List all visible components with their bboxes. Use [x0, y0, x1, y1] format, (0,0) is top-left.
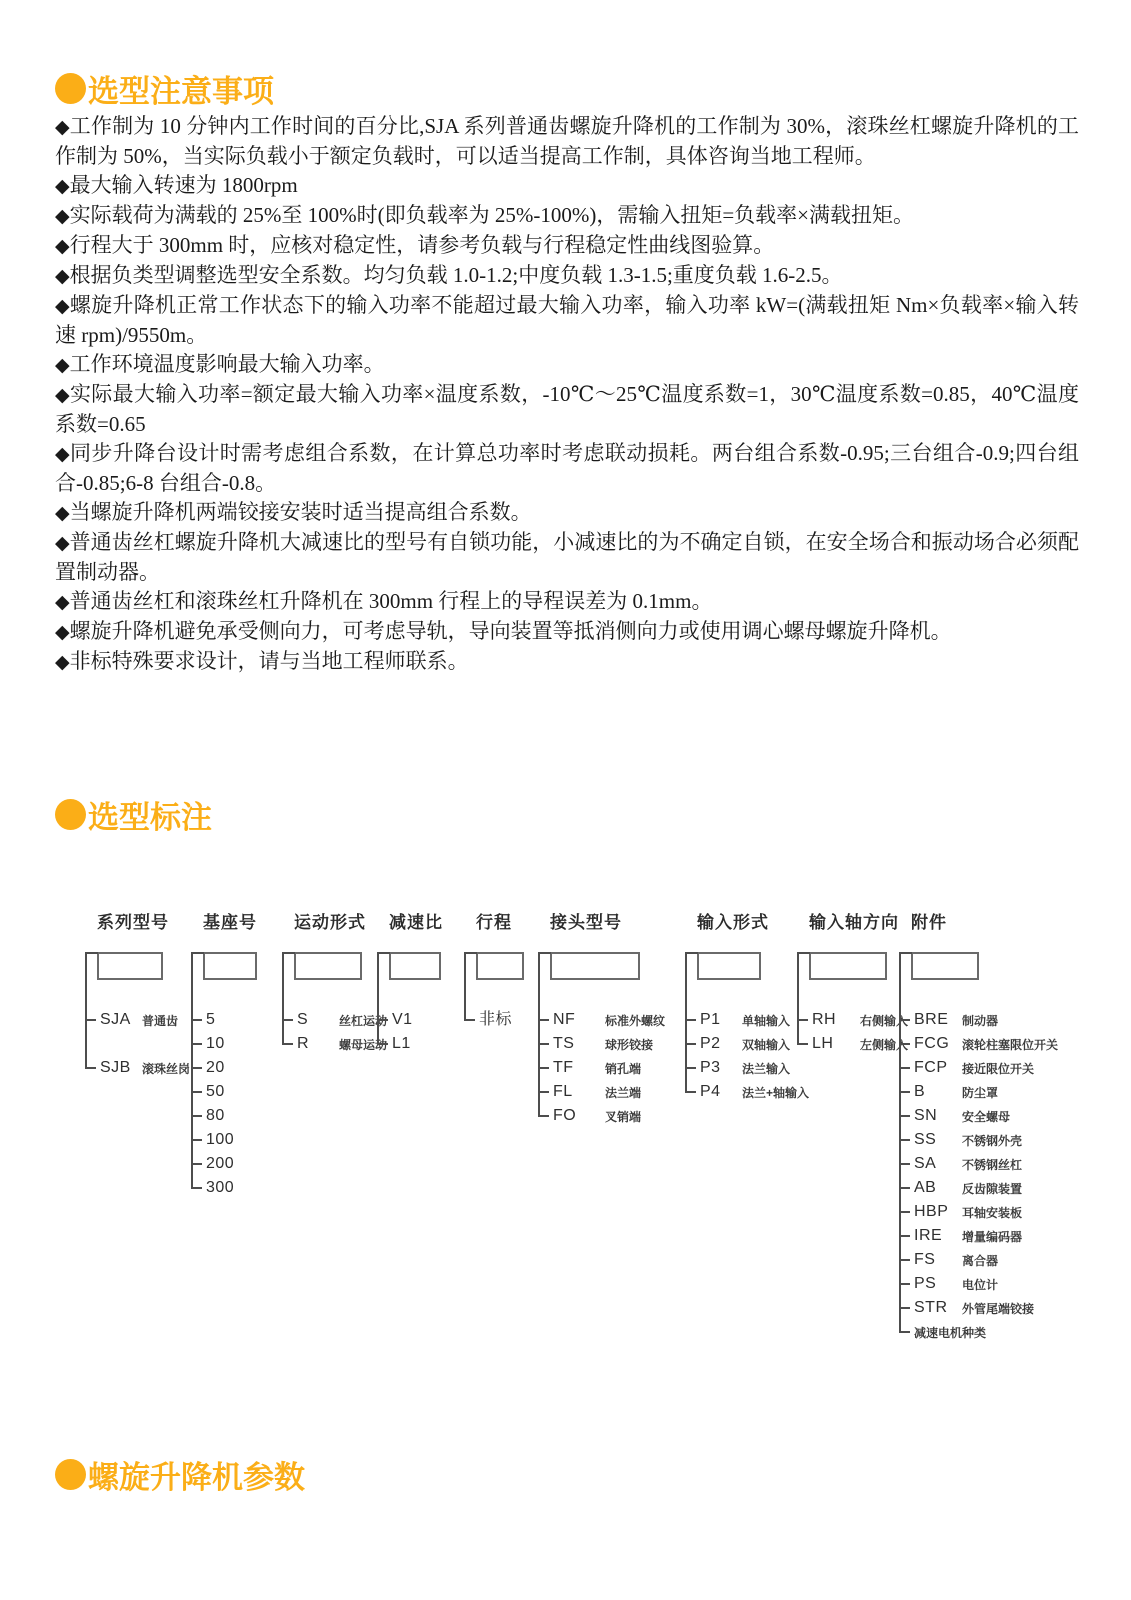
column-item: L1 — [377, 1032, 443, 1056]
item-code: PS — [914, 1272, 962, 1296]
item-code: 100 — [206, 1128, 248, 1152]
column-header: 减速比 — [389, 912, 443, 934]
column-item: 非标 — [464, 1008, 524, 1032]
column-item: 5 — [191, 1008, 257, 1032]
column-item: 100 — [191, 1128, 257, 1152]
item-label: 制动器 — [962, 1008, 998, 1033]
item-code: HBP — [914, 1200, 962, 1224]
column-item-list: NF标准外螺纹TS球形铰接TF销孔端FL法兰端FO叉销端 — [538, 1008, 665, 1128]
column-header: 运动形式 — [294, 912, 387, 934]
diamond-bullet-icon: ◆ — [55, 652, 70, 673]
item-label: 安全螺母 — [962, 1104, 1010, 1129]
item-code: P1 — [700, 1008, 742, 1032]
item-label: 双轴输入 — [742, 1032, 790, 1057]
note-text: 行程大于 300mm 时，应核对稳定性，请参考负载与行程稳定性曲线图验算。 — [70, 233, 775, 257]
designation-code-box — [203, 952, 257, 980]
section-bullet-icon — [55, 73, 86, 104]
note-text: 工作制为 10 分钟内工作时间的百分比,SJA 系列普通齿螺旋升降机的工作制为 … — [55, 114, 1079, 168]
item-code: 80 — [206, 1104, 248, 1128]
diamond-bullet-icon: ◆ — [55, 206, 70, 227]
section-title-text: 选型注意事项 — [88, 66, 274, 111]
item-label: 不锈钢外壳 — [962, 1128, 1022, 1153]
item-code: 200 — [206, 1152, 248, 1176]
item-code: FS — [914, 1248, 962, 1272]
item-label: 叉销端 — [605, 1104, 641, 1129]
item-code: 20 — [206, 1056, 248, 1080]
column-item-list: 非标 — [464, 1008, 524, 1032]
note-text: 非标特殊要求设计，请与当地工程师联系。 — [70, 649, 469, 673]
column-header: 基座号 — [203, 912, 257, 934]
column-item: TS球形铰接 — [538, 1032, 665, 1056]
designation-column: 接头型号NF标准外螺纹TS球形铰接TF销孔端FL法兰端FO叉销端 — [538, 912, 665, 1128]
section-title-params: 螺旋升降机参数 — [55, 1452, 305, 1497]
note-item: ◆螺旋升降机避免承受侧向力，可考虑导轨，导向装置等抵消侧向力或使用调心螺母螺旋升… — [55, 617, 1079, 647]
item-code: AB — [914, 1176, 962, 1200]
item-code: P2 — [700, 1032, 742, 1056]
designation-code-box — [97, 952, 163, 980]
column-item-list: 510205080100200300 — [191, 1008, 257, 1200]
item-label: 普通齿 — [142, 1008, 178, 1033]
designation-code-box — [294, 952, 362, 980]
column-item: SS不锈钢外壳 — [899, 1128, 1058, 1152]
section-title-text: 选型标注 — [88, 792, 212, 837]
column-item-list: S丝杠运动R螺母运动 — [282, 1008, 387, 1056]
note-item: ◆普通齿丝杠和滚珠丝杠升降机在 300mm 行程上的导程误差为 0.1mm。 — [55, 587, 1079, 617]
column-item: IRE增量编码器 — [899, 1224, 1058, 1248]
note-text: 实际载荷为满载的 25%至 100%时(即负载率为 25%-100%)，需输入扭… — [70, 203, 914, 227]
column-item: SJA普通齿 — [85, 1008, 190, 1056]
item-label: 法兰+轴输入 — [742, 1080, 809, 1105]
diamond-bullet-icon: ◆ — [55, 296, 70, 317]
item-code: IRE — [914, 1224, 962, 1248]
diamond-bullet-icon: ◆ — [55, 236, 70, 257]
note-item: ◆工作制为 10 分钟内工作时间的百分比,SJA 系列普通齿螺旋升降机的工作制为… — [55, 112, 1079, 171]
item-label: 销孔端 — [605, 1056, 641, 1081]
column-item: 10 — [191, 1032, 257, 1056]
item-code: B — [914, 1080, 962, 1104]
column-item: FO叉销端 — [538, 1104, 665, 1128]
item-code: 50 — [206, 1080, 248, 1104]
column-item: BRE制动器 — [899, 1008, 1058, 1032]
item-code: P3 — [700, 1056, 742, 1080]
designation-column: 减速比V1L1 — [377, 912, 443, 1056]
column-item: HBP耳轴安装板 — [899, 1200, 1058, 1224]
designation-code-box — [550, 952, 640, 980]
item-label: 法兰端 — [605, 1080, 641, 1105]
item-label: 防尘罩 — [962, 1080, 998, 1105]
column-item-list: V1L1 — [377, 1008, 443, 1056]
column-header: 系列型号 — [97, 912, 190, 934]
note-item: ◆工作环境温度影响最大输入功率。 — [55, 350, 1079, 380]
item-label: 增量编码器 — [962, 1224, 1022, 1249]
column-item-list: P1单轴输入P2双轴输入P3法兰输入P4法兰+轴输入 — [685, 1008, 809, 1104]
note-text: 普通齿丝杠螺旋升降机大减速比的型号有自锁功能，小减速比的为不确定自锁，在安全场合… — [55, 530, 1079, 584]
column-header: 附件 — [911, 912, 1058, 934]
column-item: P4法兰+轴输入 — [685, 1080, 809, 1104]
diamond-bullet-icon: ◆ — [55, 266, 70, 287]
column-item-list: SJA普通齿SJB滚珠丝岗 — [85, 1008, 190, 1104]
diamond-bullet-icon: ◆ — [55, 355, 70, 376]
designation-column: 运动形式S丝杠运动R螺母运动 — [282, 912, 387, 1056]
diamond-bullet-icon: ◆ — [55, 444, 70, 465]
column-item: TF销孔端 — [538, 1056, 665, 1080]
diamond-bullet-icon: ◆ — [55, 117, 70, 138]
note-item: ◆普通齿丝杠螺旋升降机大减速比的型号有自锁功能，小减速比的为不确定自锁，在安全场… — [55, 528, 1079, 587]
column-header: 接头型号 — [550, 912, 665, 934]
note-text: 同步升降台设计时需考虑组合系数，在计算总功率时考虑联动损耗。两台组合系数-0.9… — [55, 441, 1079, 495]
notes-list: ◆工作制为 10 分钟内工作时间的百分比,SJA 系列普通齿螺旋升降机的工作制为… — [55, 112, 1079, 677]
note-item: ◆行程大于 300mm 时，应核对稳定性，请参考负载与行程稳定性曲线图验算。 — [55, 231, 1079, 261]
item-code: 10 — [206, 1032, 248, 1056]
designation-code-box — [389, 952, 441, 980]
item-code: NF — [553, 1008, 605, 1032]
designation-column: 系列型号SJA普通齿SJB滚珠丝岗 — [85, 912, 190, 1104]
column-item: R螺母运动 — [282, 1032, 387, 1056]
designation-column: 输入轴方向RH右侧输入LH左侧输入 — [797, 912, 908, 1056]
note-item: ◆非标特殊要求设计，请与当地工程师联系。 — [55, 647, 1079, 677]
designation-column: 附件BRE制动器FCG滚轮柱塞限位开关FCP接近限位开关B防尘罩SN安全螺母SS… — [899, 912, 1058, 1344]
column-item: STR外管尾端铰接 — [899, 1296, 1058, 1320]
item-code: BRE — [914, 1008, 962, 1032]
column-item: 20 — [191, 1056, 257, 1080]
column-item-list: BRE制动器FCG滚轮柱塞限位开关FCP接近限位开关B防尘罩SN安全螺母SS不锈… — [899, 1008, 1058, 1344]
item-code: V1 — [392, 1008, 434, 1032]
item-label: 电位计 — [962, 1272, 998, 1297]
column-item: P2双轴输入 — [685, 1032, 809, 1056]
item-code: SJB — [100, 1056, 142, 1080]
item-label: 左侧输入 — [860, 1032, 908, 1057]
column-item: FL法兰端 — [538, 1080, 665, 1104]
column-item: SN安全螺母 — [899, 1104, 1058, 1128]
item-code: LH — [812, 1032, 860, 1056]
column-item: AB反齿隙装置 — [899, 1176, 1058, 1200]
note-item: ◆螺旋升降机正常工作状态下的输入功率不能超过最大输入功率，输入功率 kW=(满载… — [55, 291, 1079, 350]
column-header: 输入轴方向 — [809, 912, 908, 934]
item-label: 单轴输入 — [742, 1008, 790, 1033]
column-item: FCP接近限位开关 — [899, 1056, 1058, 1080]
item-code: FL — [553, 1080, 605, 1104]
column-item: 80 — [191, 1104, 257, 1128]
designation-column: 基座号510205080100200300 — [191, 912, 257, 1200]
item-code: RH — [812, 1008, 860, 1032]
item-code: TS — [553, 1032, 605, 1056]
item-label: 耳轴安装板 — [962, 1200, 1022, 1225]
item-code: L1 — [392, 1032, 434, 1056]
column-item: S丝杠运动 — [282, 1008, 387, 1032]
section-title-notes: 选型注意事项 — [55, 66, 274, 111]
item-code: SN — [914, 1104, 962, 1128]
column-item: LH左侧输入 — [797, 1032, 908, 1056]
designation-column: 输入形式P1单轴输入P2双轴输入P3法兰输入P4法兰+轴输入 — [685, 912, 809, 1104]
item-label: 接近限位开关 — [962, 1056, 1034, 1081]
note-text: 实际最大输入功率=额定最大输入功率×温度系数，-10℃～25℃温度系数=1，30… — [55, 382, 1079, 436]
column-item: PS电位计 — [899, 1272, 1058, 1296]
designation-code-box — [911, 952, 979, 980]
column-item: 300 — [191, 1176, 257, 1200]
item-code: S — [297, 1008, 339, 1032]
item-code: FCP — [914, 1056, 962, 1080]
note-item: ◆当螺旋升降机两端铰接安装时适当提高组合系数。 — [55, 498, 1079, 528]
item-code: R — [297, 1032, 339, 1056]
section-title-text: 螺旋升降机参数 — [88, 1452, 305, 1497]
item-code: SJA — [100, 1008, 142, 1032]
note-text: 最大输入转速为 1800rpm — [70, 173, 298, 197]
item-code: STR — [914, 1296, 962, 1320]
section-title-designation: 选型标注 — [55, 792, 212, 837]
column-item: SJB滚珠丝岗 — [85, 1056, 190, 1104]
item-label: 反齿隙装置 — [962, 1176, 1022, 1201]
diamond-bullet-icon: ◆ — [55, 503, 70, 524]
column-item: 50 — [191, 1080, 257, 1104]
column-header: 输入形式 — [697, 912, 809, 934]
note-text: 普通齿丝杠和滚珠丝杠升降机在 300mm 行程上的导程误差为 0.1mm。 — [70, 589, 713, 613]
item-code: 非标 — [479, 1008, 521, 1032]
column-item: RH右侧输入 — [797, 1008, 908, 1032]
column-item: V1 — [377, 1008, 443, 1032]
item-code: TF — [553, 1056, 605, 1080]
item-label: 离合器 — [962, 1248, 998, 1273]
item-label: 外管尾端铰接 — [962, 1296, 1034, 1321]
note-item: ◆实际载荷为满载的 25%至 100%时(即负载率为 25%-100%)，需输入… — [55, 201, 1079, 231]
diamond-bullet-icon: ◆ — [55, 176, 70, 197]
diamond-bullet-icon: ◆ — [55, 592, 70, 613]
item-label: 螺母运动 — [339, 1032, 387, 1057]
item-code: P4 — [700, 1080, 742, 1104]
note-item: ◆根据负类型调整选型安全系数。均匀负载 1.0-1.2;中度负载 1.3-1.5… — [55, 261, 1079, 291]
item-label: 标准外螺纹 — [605, 1008, 665, 1033]
item-label: 法兰输入 — [742, 1056, 790, 1081]
column-item: P1单轴输入 — [685, 1008, 809, 1032]
item-label: 右侧输入 — [860, 1008, 908, 1033]
column-item: FS离合器 — [899, 1248, 1058, 1272]
item-code: SS — [914, 1128, 962, 1152]
designation-code-box — [697, 952, 761, 980]
diamond-bullet-icon: ◆ — [55, 622, 70, 643]
item-label: 不锈钢丝杠 — [962, 1152, 1022, 1177]
column-item: 减速电机种类 — [899, 1320, 1058, 1344]
note-text: 螺旋升降机避免承受侧向力，可考虑导轨，导向装置等抵消侧向力或使用调心螺母螺旋升降… — [70, 619, 952, 643]
designation-column: 行程非标 — [464, 912, 524, 1032]
item-code: FO — [553, 1104, 605, 1128]
designation-code-box — [809, 952, 887, 980]
section-bullet-icon — [55, 1459, 86, 1490]
item-code: FCG — [914, 1032, 962, 1056]
section-bullet-icon — [55, 799, 86, 830]
column-item: SA不锈钢丝杠 — [899, 1152, 1058, 1176]
item-code: 300 — [206, 1176, 248, 1200]
note-item: ◆实际最大输入功率=额定最大输入功率×温度系数，-10℃～25℃温度系数=1，3… — [55, 380, 1079, 439]
note-item: ◆同步升降台设计时需考虑组合系数，在计算总功率时考虑联动损耗。两台组合系数-0.… — [55, 439, 1079, 498]
column-item: 200 — [191, 1152, 257, 1176]
item-label: 丝杠运动 — [339, 1008, 387, 1033]
note-text: 根据负类型调整选型安全系数。均匀负载 1.0-1.2;中度负载 1.3-1.5;… — [70, 263, 843, 287]
item-label: 球形铰接 — [605, 1032, 653, 1057]
column-item: FCG滚轮柱塞限位开关 — [899, 1032, 1058, 1056]
diamond-bullet-icon: ◆ — [55, 533, 70, 554]
diamond-bullet-icon: ◆ — [55, 385, 70, 406]
designation-code-box — [476, 952, 524, 980]
note-text: 当螺旋升降机两端铰接安装时适当提高组合系数。 — [70, 500, 532, 524]
item-code: 5 — [206, 1008, 248, 1032]
column-item: B防尘罩 — [899, 1080, 1058, 1104]
column-item: P3法兰输入 — [685, 1056, 809, 1080]
column-item-list: RH右侧输入LH左侧输入 — [797, 1008, 908, 1056]
note-text: 螺旋升降机正常工作状态下的输入功率不能超过最大输入功率，输入功率 kW=(满载扭… — [55, 293, 1079, 347]
note-text: 工作环境温度影响最大输入功率。 — [70, 352, 385, 376]
item-label: 滚轮柱塞限位开关 — [962, 1032, 1058, 1057]
item-code: SA — [914, 1152, 962, 1176]
item-label: 滚珠丝岗 — [142, 1056, 190, 1081]
column-header: 行程 — [476, 912, 524, 934]
item-label: 减速电机种类 — [914, 1320, 986, 1345]
note-item: ◆最大输入转速为 1800rpm — [55, 171, 1079, 201]
column-item: NF标准外螺纹 — [538, 1008, 665, 1032]
